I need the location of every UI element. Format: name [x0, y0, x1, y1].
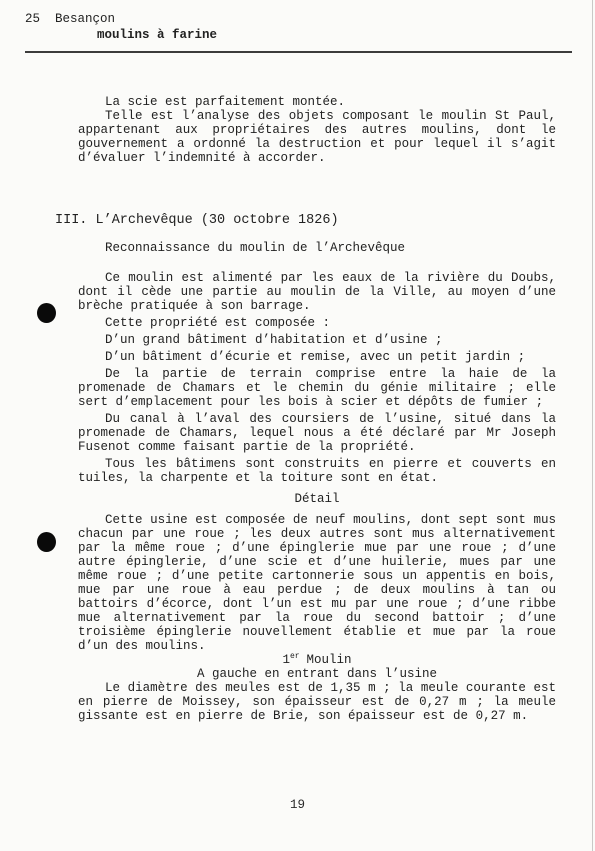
mill-number: 1 [282, 653, 290, 667]
page-header: 25Besançon moulins à farine [0, 0, 595, 43]
page-number: 19 [0, 798, 595, 812]
mill-ordinal-suffix: er [290, 652, 300, 661]
city-name: Besançon [55, 12, 115, 26]
property-item: Du canal à l’aval des coursiers de l’usi… [78, 412, 556, 454]
section-subheading: Reconnaissance du moulin de l’Archevêque [78, 241, 556, 255]
section-heading: III. L’Archevêque (30 octobre 1826) [55, 214, 556, 228]
subject-title: moulins à farine [97, 27, 595, 43]
property-item: D’un grand bâtiment d’habitation et d’us… [78, 333, 556, 347]
section-paragraph-2: Cette propriété est composée : [78, 316, 556, 330]
header-reference-line: 25Besançon [25, 11, 595, 27]
intro-paragraph-2: Telle est l’analyse des objets composant… [78, 109, 556, 165]
intro-paragraph-1: La scie est parfaitement montée. [78, 95, 556, 109]
document-page: 25Besançon moulins à farine La scie est … [0, 0, 595, 851]
mill-word: Moulin [306, 653, 351, 667]
header-divider [25, 51, 572, 53]
detail-heading: Détail [78, 492, 556, 506]
property-item: De la partie de terrain comprise entre l… [78, 367, 556, 409]
mill-subheading: A gauche en entrant dans l’usine [78, 667, 556, 681]
property-item: D’un bâtiment d’écurie et remise, avec u… [78, 350, 556, 364]
detail-paragraph: Cette usine est composée de neuf moulins… [78, 513, 556, 653]
mill-heading: 1erMoulin [78, 653, 556, 667]
punch-hole-bottom [37, 532, 56, 552]
section-paragraph-3: Tous les bâtimens sont construits en pie… [78, 457, 556, 485]
mill-paragraph: Le diamètre des meules est de 1,35 m ; l… [78, 681, 556, 723]
scan-edge-line [592, 0, 593, 851]
section-paragraph-1: Ce moulin est alimenté par les eaux de l… [78, 271, 556, 313]
document-body: La scie est parfaitement montée. Telle e… [78, 95, 556, 723]
punch-hole-top [37, 303, 56, 323]
department-number: 25 [25, 12, 40, 26]
